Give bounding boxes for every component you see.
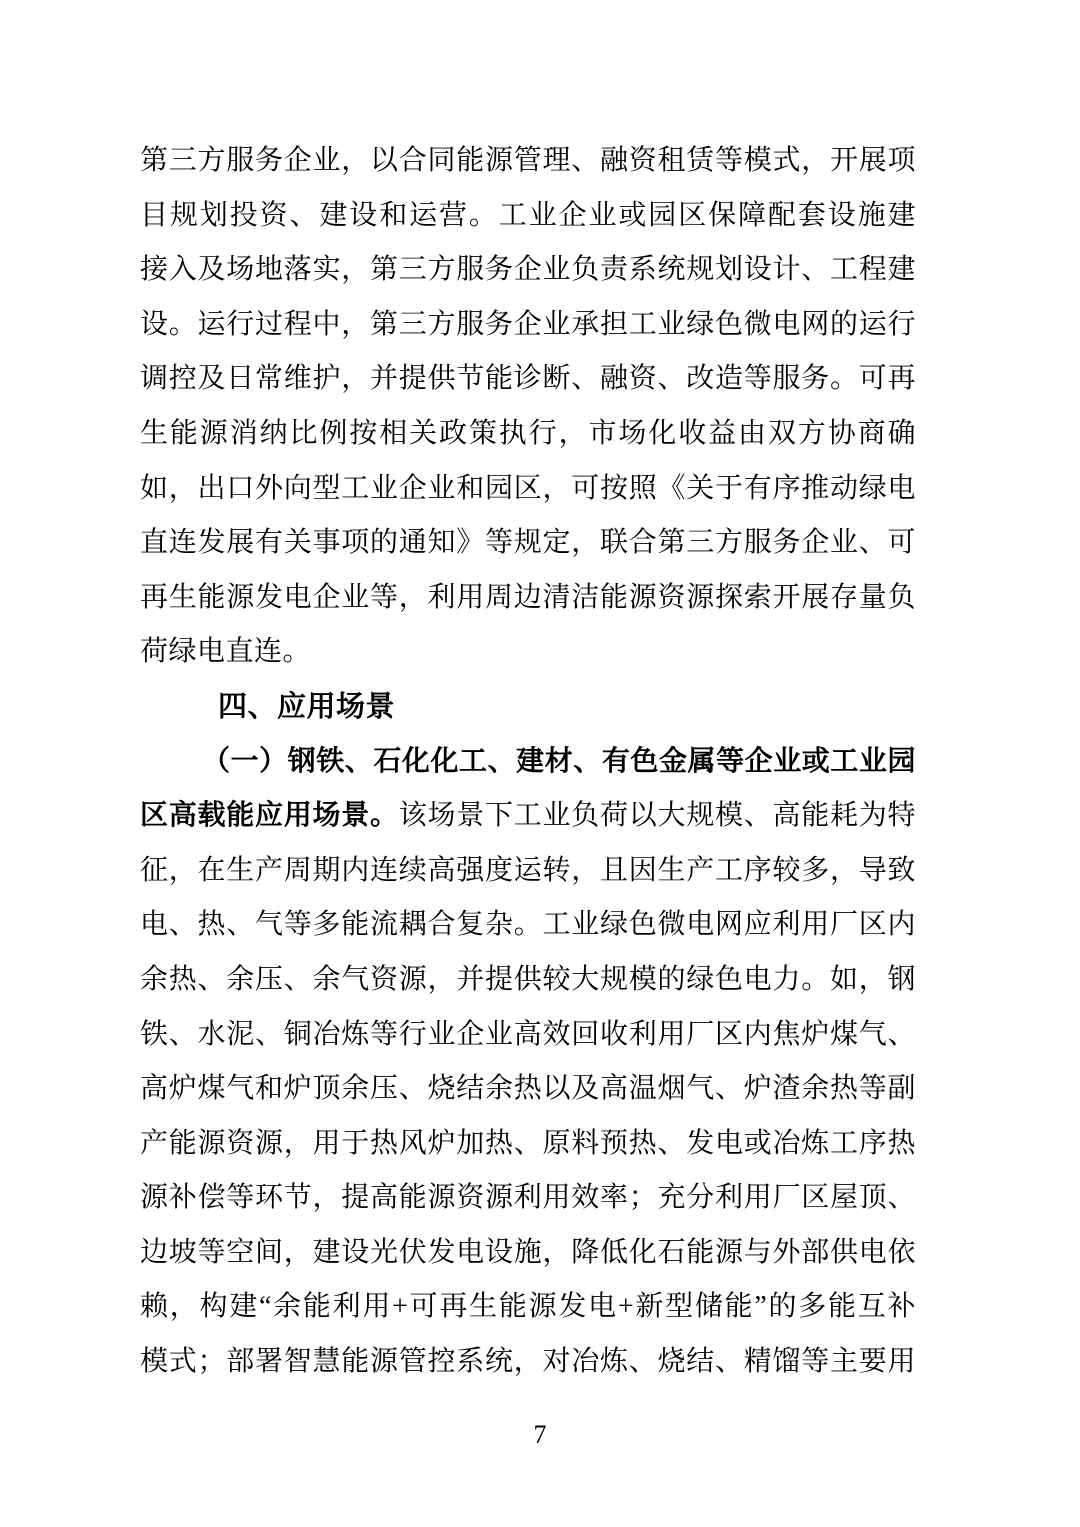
text-line: 区高载能应用场景。该场景下工业负荷以大规模、高能耗为特 bbox=[140, 789, 916, 844]
text-line: 设。运行过程中，第三方服务企业承担工业绿色微电网的运行 bbox=[140, 298, 916, 353]
page-number: 7 bbox=[0, 1418, 1080, 1452]
text-run: 该场景下工业负荷以大规模、高能耗为特 bbox=[399, 800, 916, 831]
subsection-heading-continuation: 区高载能应用场景。 bbox=[140, 800, 399, 831]
text-line: 荷绿电直连。 bbox=[140, 625, 916, 680]
text-line: 边坡等空间，建设光伏发电设施，降低化石能源与外部供电依 bbox=[140, 1226, 916, 1281]
text-line: 征，在生产周期内连续高强度运转，且因生产工序较多，导致 bbox=[140, 844, 916, 899]
text-line: 调控及日常维护，并提供节能诊断、融资、改造等服务。可再 bbox=[140, 352, 916, 407]
section-heading: 四、应用场景 bbox=[140, 680, 916, 735]
text-line: 源补偿等环节，提高能源资源利用效率；充分利用厂区屋顶、 bbox=[140, 1171, 916, 1226]
text-line: 模式；部署智慧能源管控系统，对冶炼、烧结、精馏等主要用 bbox=[140, 1335, 916, 1390]
document-body: 第三方服务企业，以合同能源管理、融资租赁等模式，开展项 目规划投资、建设和运营。… bbox=[140, 134, 916, 1390]
text-line: 产能源资源，用于热风炉加热、原料预热、发电或冶炼工序热 bbox=[140, 1117, 916, 1172]
text-line: 铁、水泥、铜冶炼等行业企业高效回收利用厂区内焦炉煤气、 bbox=[140, 1008, 916, 1063]
text-line: 余热、余压、余气资源，并提供较大规模的绿色电力。如，钢 bbox=[140, 953, 916, 1008]
text-line: 如，出口外向型工业企业和园区，可按照《关于有序推动绿电 bbox=[140, 462, 916, 517]
text-line: 目规划投资、建设和运营。工业企业或园区保障配套设施建设、 bbox=[140, 189, 916, 244]
text-line: 再生能源发电企业等，利用周边清洁能源资源探索开展存量负 bbox=[140, 571, 916, 626]
subsection-heading-line: （一）钢铁、石化化工、建材、有色金属等企业或工业园 bbox=[140, 735, 916, 790]
text-line: 接入及场地落实，第三方服务企业负责系统规划设计、工程建 bbox=[140, 243, 916, 298]
text-line: 电、热、气等多能流耦合复杂。工业绿色微电网应利用厂区内 bbox=[140, 898, 916, 953]
text-line: 生能源消纳比例按相关政策执行，市场化收益由双方协商确定。 bbox=[140, 407, 916, 462]
text-line: 赖，构建“余能利用+可再生能源发电+新型储能”的多能互补 bbox=[140, 1280, 916, 1335]
text-line: 高炉煤气和炉顶余压、烧结余热以及高温烟气、炉渣余热等副 bbox=[140, 1062, 916, 1117]
text-line: 第三方服务企业，以合同能源管理、融资租赁等模式，开展项 bbox=[140, 134, 916, 189]
text-line: 直连发展有关事项的通知》等规定，联合第三方服务企业、可 bbox=[140, 516, 916, 571]
document-page: 第三方服务企业，以合同能源管理、融资租赁等模式，开展项 目规划投资、建设和运营。… bbox=[0, 0, 1080, 1527]
